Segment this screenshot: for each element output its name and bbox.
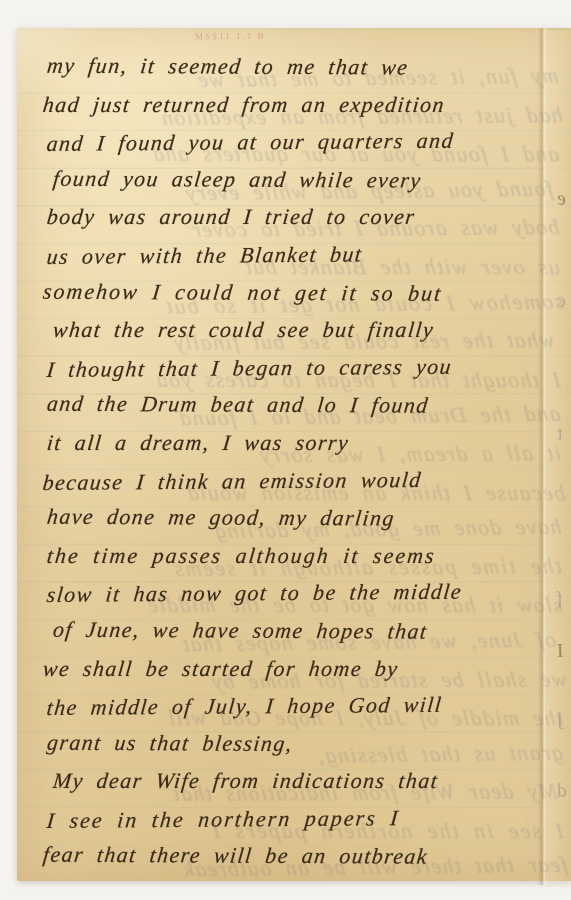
letter-line: I see in the northern papers I bbox=[45, 798, 547, 840]
adjacent-page-edge bbox=[547, 30, 571, 887]
letter-line: somehow I could not get it so but bbox=[41, 272, 547, 312]
edge-ink-fragment: j bbox=[555, 708, 564, 731]
letter-line: because I think an emission would bbox=[41, 460, 547, 502]
edge-ink-fragment: I bbox=[555, 640, 565, 663]
letter-line: had just returned from an expedition bbox=[41, 86, 547, 124]
letter-line: have done me good, my darling bbox=[45, 498, 547, 538]
letter-line: and I found you at our quarters and bbox=[45, 121, 547, 163]
letter-line: it all a dream, I was sorry bbox=[45, 424, 547, 462]
letter-line: we shall be started for home by bbox=[41, 650, 547, 688]
edge-ink-fragment: t bbox=[555, 423, 564, 446]
letter-line: slow it has now got to be the middle bbox=[45, 572, 547, 614]
letter-line: the middle of July, I hope God will bbox=[45, 685, 547, 727]
edge-ink-fragment: e bbox=[555, 188, 567, 211]
letter-line: grant us that blessing, bbox=[45, 723, 547, 763]
letter-line: my fun, it seemed to me that we bbox=[45, 47, 547, 87]
letter-line: what the rest could see but finally bbox=[51, 311, 547, 349]
letter-text-layer: my fun, it seemed to me that wehad just … bbox=[47, 48, 545, 875]
letter-line: I thought that I began to caress you bbox=[45, 347, 547, 389]
letter-line: found you asleep and while every bbox=[51, 159, 547, 199]
letter-line: body was around I tried to cover bbox=[45, 198, 547, 236]
letter-line: My dear Wife from indications that bbox=[51, 762, 547, 800]
letter-line: and the Drum beat and lo I found bbox=[45, 385, 547, 425]
letter-line: the time passes although it seems bbox=[45, 537, 547, 575]
edge-ink-fragment: c bbox=[555, 290, 567, 313]
archive-mark: MSS11 1.1 B bbox=[195, 31, 266, 42]
edge-ink-fragment: d bbox=[555, 780, 568, 803]
letter-line: us over with the Blanket but bbox=[45, 234, 547, 276]
letter-line: of June, we have some hopes that bbox=[51, 611, 547, 651]
edge-ink-fragment: f bbox=[555, 588, 564, 611]
letter-line: fear that there will be an outbreak bbox=[41, 836, 547, 876]
scan-background: { "document": { "kind": "handwritten-let… bbox=[0, 0, 571, 900]
letter-page: MSS11 1.1 B my fun, it seemed to me that… bbox=[17, 28, 571, 881]
